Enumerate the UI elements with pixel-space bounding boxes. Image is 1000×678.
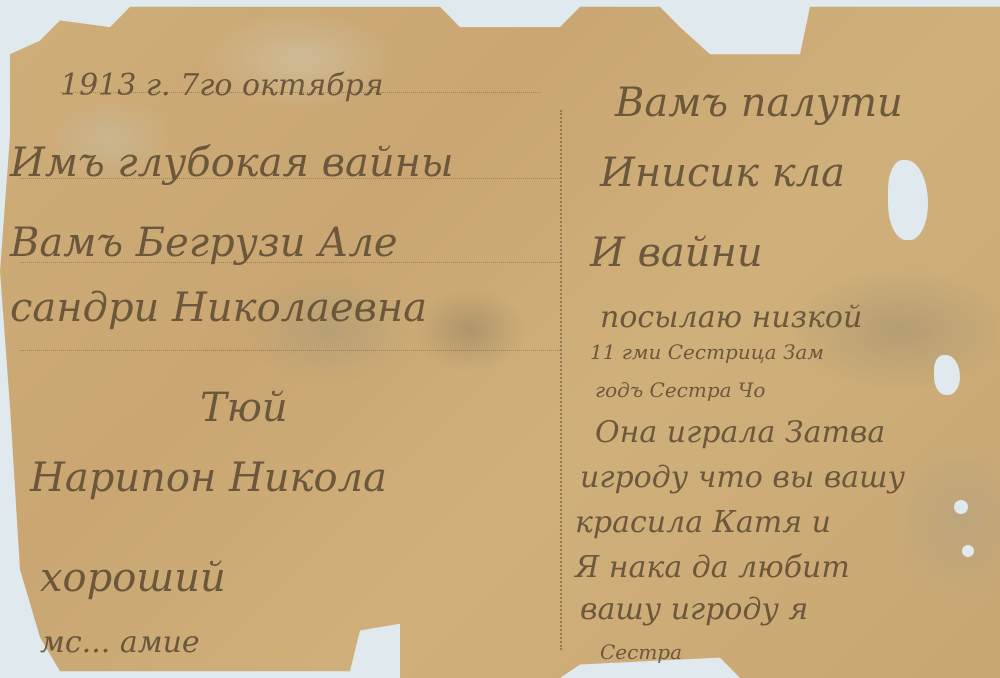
- right-line: вашу игроду я: [580, 592, 808, 627]
- tear-hole: [934, 355, 960, 395]
- address-divider: [560, 110, 562, 650]
- right-line: посылаю низкой: [600, 300, 862, 335]
- left-line: мс... амие: [40, 625, 200, 660]
- right-line: Инисик кла: [600, 150, 845, 196]
- right-line: игроду что вы вашу: [580, 460, 905, 495]
- left-line-date: 1913 г. 7го октября: [60, 68, 384, 103]
- left-line: Имъ глубокая вайны: [10, 140, 454, 186]
- right-line: красила Катя и: [575, 505, 831, 540]
- left-line: Тюй: [200, 385, 288, 431]
- right-line: годъ Сестра Чо: [595, 378, 765, 402]
- left-line: Вамъ Бегрузи Але: [10, 220, 398, 266]
- right-line: Я нака да любит: [575, 550, 850, 585]
- right-line: 11 гми Сестрица Зам: [590, 340, 824, 364]
- left-line: Нарипон Никола: [30, 455, 387, 501]
- tear-hole: [954, 500, 968, 514]
- right-line: И вайни: [590, 230, 763, 276]
- right-line: Она играла Затва: [595, 415, 885, 450]
- tear-hole: [962, 545, 974, 557]
- right-line-header: Вамъ палути: [615, 80, 903, 126]
- ruled-line: [20, 350, 560, 351]
- left-line: хороший: [40, 555, 226, 601]
- left-line: сандри Николаевна: [10, 285, 427, 331]
- right-line-signature: Сестра: [600, 640, 682, 664]
